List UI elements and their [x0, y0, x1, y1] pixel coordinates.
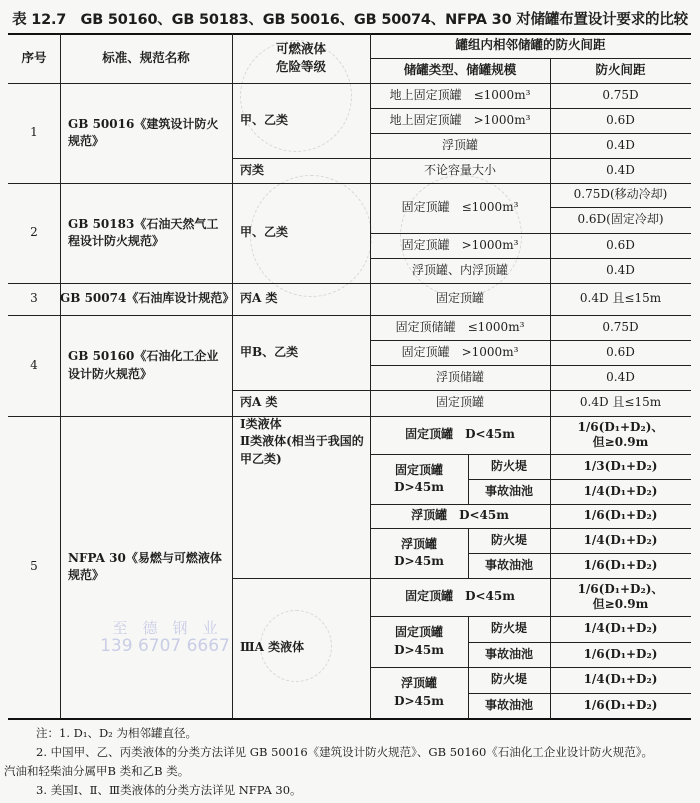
r5a-fixed-large-sub2-distance: 1/4(D₁+D₂)	[550, 479, 691, 504]
distance-line2: 但≥0.9m	[593, 597, 649, 612]
type-line2: D>45m	[394, 642, 444, 659]
r5b-float-large-sub1-distance: 1/4(D₁+D₂)	[550, 667, 691, 693]
distance-line1: 1/6(D₁+D₂)、	[578, 420, 664, 435]
row1-type-1: 地上固定顶罐 ≤1000m³	[370, 83, 550, 108]
header-spacing-group: 罐组内相邻储罐的防火间距	[370, 33, 691, 58]
r5a-float-large-sub1-distance: 1/4(D₁+D₂)	[550, 528, 691, 553]
distance-line2: 但≥0.9m	[593, 435, 649, 450]
type-line1: 固定顶罐	[395, 462, 443, 479]
r5a-fixed-small-distance: 1/6(D₁+D₂)、 但≥0.9m	[550, 416, 691, 454]
r5a-fixed-large-sub1-distance: 1/3(D₁+D₂)	[550, 454, 691, 479]
r5a-float-small-distance: 1/6(D₁+D₂)	[550, 504, 691, 528]
row2-distance-2: 0.6D	[550, 233, 691, 258]
header-hazard: 可燃液体 危险等级	[232, 33, 370, 83]
header-distance: 防火间距	[550, 58, 691, 83]
r5b-fixed-large-sub1-distance: 1/4(D₁+D₂)	[550, 616, 691, 642]
row2-distance-1b: 0.6D(固定冷却)	[550, 207, 691, 233]
r5a-float-large-type: 浮顶罐 D>45m	[370, 528, 468, 578]
row3-distance-1: 0.4D 且≤15m	[550, 283, 691, 315]
type-line2: D>45m	[394, 693, 444, 710]
row1-distance-1: 0.75D	[550, 83, 691, 108]
r5a-fixed-large-sub1-label: 防火堤	[468, 454, 550, 479]
type-line2: D>45m	[394, 553, 444, 570]
row1-distance-2: 0.6D	[550, 108, 691, 133]
row1-hazard-a: 甲、乙类	[232, 83, 370, 158]
row4-standard: GB 50160《石油化工企业设计防火规范》	[60, 315, 232, 416]
row2-distance-3: 0.4D	[550, 258, 691, 283]
row1-hazard-b: 丙类	[232, 158, 370, 183]
row4-type-2: 固定顶罐 >1000m³	[370, 340, 550, 365]
row2-distance-1a: 0.75D(移动冷却)	[550, 183, 691, 207]
row3-hazard: 丙A 类	[232, 283, 370, 315]
r5a-float-small-type: 浮顶罐 D<45m	[370, 504, 550, 528]
note-3: 3. 美国Ⅰ、Ⅱ、Ⅲ类液体的分类方法详见 NFPA 30。	[0, 781, 700, 800]
note-2: 2. 中国甲、乙、丙类液体的分类方法详见 GB 50016《建筑设计防火规范》、…	[0, 743, 700, 762]
row1-distance-3: 0.4D	[550, 133, 691, 158]
note-1: 注：1. D₁、D₂ 为相邻罐直径。	[0, 724, 700, 743]
row1-standard: GB 50016《建筑设计防火规范》	[60, 83, 232, 183]
type-line1: 浮顶罐	[401, 675, 437, 692]
type-line2: D>45m	[394, 479, 444, 496]
row1-distance-4: 0.4D	[550, 158, 691, 183]
row4-no: 4	[8, 315, 60, 416]
r5a-fixed-large-type: 固定顶罐 D>45m	[370, 454, 468, 504]
r5b-float-large-sub1-label: 防火堤	[468, 667, 550, 693]
header-tank-type: 储罐类型、储罐规模	[370, 58, 550, 83]
row2-standard: GB 50183《石油天然气工程设计防火规范》	[60, 183, 232, 283]
row2-hazard: 甲、乙类	[232, 183, 370, 283]
r5a-float-large-sub1-label: 防火堤	[468, 528, 550, 553]
row3-no: 3	[8, 283, 60, 315]
r5b-fixed-small-type: 固定顶罐 D<45m	[370, 578, 550, 616]
row4-distance-4: 0.4D 且≤15m	[550, 390, 691, 416]
row2-type-2: 固定顶罐 >1000m³	[370, 233, 550, 258]
r5b-fixed-large-sub1-label: 防火堤	[468, 616, 550, 642]
row4-type-1: 固定顶储罐 ≤1000m³	[370, 315, 550, 340]
r5a-float-large-sub2-distance: 1/6(D₁+D₂)	[550, 553, 691, 578]
row5-hazard-a-line2: Ⅱ类液体(相当于我国的甲乙类)	[240, 433, 370, 468]
row2-type-3: 浮顶罐、内浮顶罐	[370, 258, 550, 283]
row4-hazard-b: 丙A 类	[232, 390, 370, 416]
row1-type-2: 地上固定顶罐 >1000m³	[370, 108, 550, 133]
header-hazard-line2: 危险等级	[276, 58, 326, 76]
row4-type-3: 浮顶储罐	[370, 365, 550, 390]
row4-type-4: 固定顶罐	[370, 390, 550, 416]
row2-no: 2	[8, 183, 60, 283]
r5a-fixed-large-sub2-label: 事故油池	[468, 479, 550, 504]
row5-hazard-a-line1: Ⅰ类液体	[240, 416, 282, 433]
header-no: 序号	[8, 33, 60, 83]
comparison-table: 序号 标准、规范名称 可燃液体 危险等级 罐组内相邻储罐的防火间距 储罐类型、储…	[0, 0, 700, 803]
note-2-cont: 汽油和轻柴油分属甲B 类和乙B 类。	[0, 762, 700, 781]
row4-distance-3: 0.4D	[550, 365, 691, 390]
type-line1: 浮顶罐	[401, 536, 437, 553]
r5b-fixed-large-type: 固定顶罐 D>45m	[370, 616, 468, 667]
row5-no: 5	[8, 416, 60, 718]
r5b-fixed-large-sub2-distance: 1/6(D₁+D₂)	[550, 642, 691, 667]
row3-standard: GB 50074《石油库设计规范》	[60, 283, 232, 315]
r5b-fixed-large-sub2-label: 事故油池	[468, 642, 550, 667]
r5a-fixed-small-type: 固定顶罐 D<45m	[370, 416, 550, 454]
row3-type-1: 固定顶罐	[370, 283, 550, 315]
row5-standard: NFPA 30《易燃与可燃液体规范》	[60, 416, 232, 718]
r5b-float-large-type: 浮顶罐 D>45m	[370, 667, 468, 718]
header-hazard-line1: 可燃液体	[276, 40, 326, 58]
table-notes: 注：1. D₁、D₂ 为相邻罐直径。 2. 中国甲、乙、丙类液体的分类方法详见 …	[0, 724, 700, 800]
row1-no: 1	[8, 83, 60, 183]
r5b-fixed-small-distance: 1/6(D₁+D₂)、 但≥0.9m	[550, 578, 691, 616]
r5b-float-large-sub2-distance: 1/6(D₁+D₂)	[550, 693, 691, 718]
header-standard: 标准、规范名称	[60, 33, 232, 83]
row4-distance-2: 0.6D	[550, 340, 691, 365]
r5b-float-large-sub2-label: 事故油池	[468, 693, 550, 718]
row1-type-3: 浮顶罐	[370, 133, 550, 158]
row4-distance-1: 0.75D	[550, 315, 691, 340]
distance-line1: 1/6(D₁+D₂)、	[578, 582, 664, 597]
r5a-float-large-sub2-label: 事故油池	[468, 553, 550, 578]
type-line1: 固定顶罐	[395, 624, 443, 641]
row5-hazard-b: ⅢA 类液体	[232, 578, 370, 718]
row2-type-1: 固定顶罐 ≤1000m³	[370, 183, 550, 233]
row1-type-4: 不论容量大小	[370, 158, 550, 183]
row4-hazard-a: 甲B、乙类	[232, 315, 370, 390]
row5-hazard-a: Ⅰ类液体 Ⅱ类液体(相当于我国的甲乙类)	[232, 416, 370, 578]
